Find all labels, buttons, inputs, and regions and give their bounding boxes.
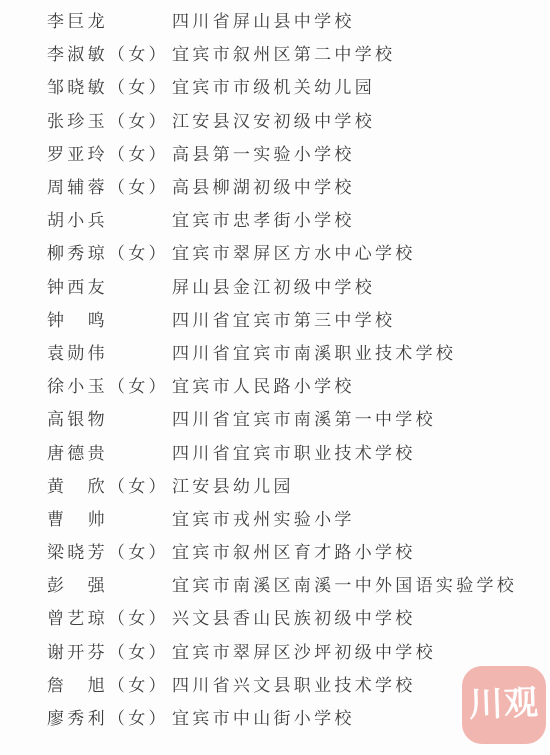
school-name: 宜宾市忠孝街小学校: [172, 206, 355, 231]
table-row: 李淑敏（女） 宜宾市叙州区第二中学校: [0, 36, 550, 69]
chuanguan-watermark-badge: 川观: [462, 666, 546, 744]
person-name: 徐小玉（女）: [47, 372, 172, 397]
person-name: 周辅蓉（女）: [47, 173, 172, 198]
table-row: 邹晓敏（女） 宜宾市市级机关幼儿园: [0, 69, 550, 102]
table-row: 钟西友 屏山县金江初级中学校: [0, 269, 550, 302]
school-name: 四川省宜宾市南溪职业技术学校: [172, 339, 456, 364]
person-name: 谢开芬（女）: [47, 638, 172, 663]
table-row: 彭 强 宜宾市南溪区南溪一中外国语实验学校: [0, 567, 550, 600]
school-name: 宜宾市市级机关幼儿园: [172, 73, 375, 98]
person-name: 罗亚玲（女）: [47, 140, 172, 165]
school-name: 高县柳湖初级中学校: [172, 173, 355, 198]
table-row: 周辅蓉（女） 高县柳湖初级中学校: [0, 169, 550, 202]
table-row: 曹 帅 宜宾市戎州实验小学: [0, 501, 550, 534]
school-name: 高县第一实验小学校: [172, 140, 355, 165]
person-name: 钟 鸣: [47, 306, 172, 331]
person-name: 曹 帅: [47, 505, 172, 530]
person-name: 柳秀琼（女）: [47, 239, 172, 264]
person-name: 唐德贵: [47, 439, 172, 464]
person-name: 钟西友: [47, 273, 172, 298]
person-name: 彭 强: [47, 571, 172, 596]
person-name: 邹晓敏（女）: [47, 73, 172, 98]
table-row: 唐德贵 四川省宜宾市职业技术学校: [0, 434, 550, 467]
person-name: 李淑敏（女）: [47, 40, 172, 65]
table-row: 梁晓芳（女） 宜宾市叙州区育才路小学校: [0, 534, 550, 567]
school-name: 宜宾市翠屏区沙坪初级中学校: [172, 638, 436, 663]
school-name: 四川省宜宾市南溪第一中学校: [172, 405, 436, 430]
person-name: 詹 旭（女）: [47, 671, 172, 696]
person-name: 张珍玉（女）: [47, 107, 172, 132]
table-row: 钟 鸣 四川省宜宾市第三中学校: [0, 302, 550, 335]
document-page: 李巨龙 四川省屏山县中学校 李淑敏（女） 宜宾市叙州区第二中学校 邹晓敏（女） …: [0, 0, 550, 755]
school-name: 宜宾市叙州区育才路小学校: [172, 538, 416, 563]
person-name: 廖秀利（女）: [47, 704, 172, 729]
school-name: 宜宾市人民路小学校: [172, 372, 355, 397]
table-row: 李巨龙 四川省屏山县中学校: [0, 3, 550, 36]
person-name: 曾艺琼（女）: [47, 604, 172, 629]
school-name: 四川省宜宾市第三中学校: [172, 306, 395, 331]
school-name: 兴文县香山民族初级中学校: [172, 604, 416, 629]
table-row: 袁勋伟 四川省宜宾市南溪职业技术学校: [0, 335, 550, 368]
school-name: 宜宾市叙州区第二中学校: [172, 40, 395, 65]
person-name: 梁晓芳（女）: [47, 538, 172, 563]
school-name: 宜宾市翠屏区方水中心学校: [172, 239, 416, 264]
school-name: 屏山县金江初级中学校: [172, 273, 375, 298]
person-name: 黄 欣（女）: [47, 472, 172, 497]
person-name: 高银物: [47, 405, 172, 430]
person-name: 李巨龙: [47, 7, 172, 32]
table-row: 黄 欣（女） 江安县幼儿园: [0, 468, 550, 501]
table-row: 曾艺琼（女） 兴文县香山民族初级中学校: [0, 600, 550, 633]
school-name: 四川省宜宾市职业技术学校: [172, 439, 416, 464]
table-row: 谢开芬（女） 宜宾市翠屏区沙坪初级中学校: [0, 634, 550, 667]
recipient-list: 李巨龙 四川省屏山县中学校 李淑敏（女） 宜宾市叙州区第二中学校 邹晓敏（女） …: [0, 3, 550, 733]
table-row: 高银物 四川省宜宾市南溪第一中学校: [0, 401, 550, 434]
school-name: 宜宾市南溪区南溪一中外国语实验学校: [172, 571, 517, 596]
table-row: 柳秀琼（女） 宜宾市翠屏区方水中心学校: [0, 235, 550, 268]
school-name: 江安县幼儿园: [172, 472, 294, 497]
school-name: 宜宾市戎州实验小学: [172, 505, 355, 530]
table-row: 张珍玉（女） 江安县汉安初级中学校: [0, 103, 550, 136]
table-row: 胡小兵 宜宾市忠孝街小学校: [0, 202, 550, 235]
school-name: 江安县汉安初级中学校: [172, 107, 375, 132]
school-name: 四川省屏山县中学校: [172, 7, 355, 32]
person-name: 袁勋伟: [47, 339, 172, 364]
school-name: 宜宾市中山街小学校: [172, 704, 355, 729]
table-row: 罗亚玲（女） 高县第一实验小学校: [0, 136, 550, 169]
person-name: 胡小兵: [47, 206, 172, 231]
chuanguan-watermark-label: 川观: [468, 687, 539, 723]
table-row: 徐小玉（女） 宜宾市人民路小学校: [0, 368, 550, 401]
school-name: 四川省兴文县职业技术学校: [172, 671, 416, 696]
